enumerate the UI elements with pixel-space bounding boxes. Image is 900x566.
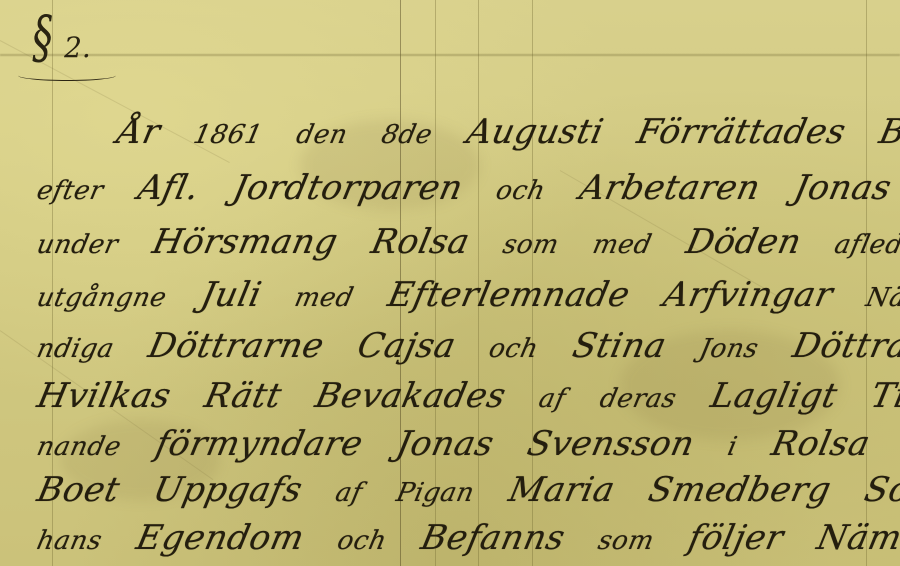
word: med bbox=[292, 283, 357, 313]
word: Juli bbox=[197, 275, 265, 315]
word: Afl. bbox=[134, 168, 203, 208]
word: Jons bbox=[697, 334, 762, 364]
word: af bbox=[333, 478, 366, 508]
word: 1861 bbox=[191, 120, 266, 150]
word: Stina bbox=[569, 326, 670, 366]
section-underline bbox=[18, 70, 116, 81]
word: af bbox=[536, 384, 569, 414]
handwritten-line-4: utgångne Juli med Efterlemnade Arfvingar… bbox=[34, 275, 900, 315]
word: Hvilkas bbox=[34, 376, 175, 416]
word: Pigan bbox=[394, 478, 478, 508]
word: Rolsa bbox=[768, 424, 874, 464]
word: Uppgafs bbox=[150, 470, 306, 510]
word: ndiga bbox=[34, 334, 117, 364]
handwritten-line-7: nande förmyndare Jonas Svensson i Rolsa … bbox=[34, 424, 900, 464]
word: och bbox=[335, 526, 390, 556]
word: Jonas bbox=[790, 168, 895, 208]
section-number: § 2. bbox=[28, 8, 91, 66]
word: Maria bbox=[505, 470, 618, 510]
handwritten-line-5: ndiga Döttrarne Cajsa och Stina Jons Döt… bbox=[34, 326, 900, 366]
word: Tillförordn bbox=[867, 376, 900, 416]
word: utgångne bbox=[34, 283, 169, 313]
word: förmyndare bbox=[152, 424, 367, 464]
ruled-header-line bbox=[0, 54, 900, 56]
word: som bbox=[500, 230, 562, 260]
word: Egendom bbox=[133, 518, 308, 558]
word: Bouppteckning bbox=[876, 112, 900, 152]
word: Arbetaren bbox=[576, 168, 764, 208]
word: Döttrarne bbox=[145, 326, 328, 366]
word: afled bbox=[832, 230, 900, 260]
handwritten-line-9: hans Egendom och Befanns som följer Näml… bbox=[34, 518, 900, 558]
handwritten-line-6: Hvilkas Rätt Bevakades af deras Lagligt … bbox=[34, 376, 900, 416]
word: efter bbox=[34, 176, 106, 206]
word: Nämligen bbox=[813, 518, 900, 558]
word: Döttrar bbox=[789, 326, 900, 366]
word: Nämlt bbox=[863, 283, 900, 313]
word: Hörsmang bbox=[149, 222, 342, 262]
word: 8de bbox=[379, 120, 435, 150]
word: som bbox=[595, 526, 657, 556]
document-page: § 2. År 1861 den 8de Augusti Förrättades… bbox=[0, 0, 900, 566]
word: Förrättades bbox=[634, 112, 850, 152]
word: Jonas bbox=[393, 424, 498, 464]
handwritten-line-1: År 1861 den 8de Augusti Förrättades Boup… bbox=[114, 112, 900, 152]
word: följer bbox=[685, 518, 787, 558]
word: i bbox=[725, 432, 740, 462]
word: Cajsa bbox=[354, 326, 460, 366]
word: Som bbox=[861, 470, 900, 510]
word: med bbox=[590, 230, 655, 260]
word: Svensson bbox=[524, 424, 698, 464]
word: Arfvingar bbox=[660, 275, 837, 315]
word: under bbox=[34, 230, 121, 260]
word: Rolsa bbox=[368, 222, 474, 262]
word: och bbox=[493, 176, 548, 206]
word: Jordtorparen bbox=[229, 168, 466, 208]
word: deras bbox=[597, 384, 679, 414]
word: hans bbox=[34, 526, 105, 556]
word: Rätt bbox=[201, 376, 285, 416]
section-symbol: § bbox=[32, 8, 52, 66]
word: Boet bbox=[34, 470, 124, 510]
word: Döden bbox=[683, 222, 806, 262]
handwritten-line-2: efter Afl. Jordtorparen och Arbetaren Jo… bbox=[34, 168, 900, 208]
word: Lagligt bbox=[707, 376, 841, 416]
word: nande bbox=[34, 432, 124, 462]
word: och bbox=[486, 334, 541, 364]
handwritten-line-3: under Hörsmang Rolsa som med Döden afled… bbox=[34, 222, 900, 262]
word: Befanns bbox=[417, 518, 568, 558]
section-number-value: 2. bbox=[64, 31, 91, 64]
word: den bbox=[294, 120, 351, 150]
handwritten-line-8: Boet Uppgafs af Pigan Maria Smedberg Som… bbox=[34, 470, 900, 510]
word: Augusti bbox=[463, 112, 607, 152]
word: År bbox=[114, 112, 164, 152]
word: Smedberg bbox=[645, 470, 835, 510]
word: Bevakades bbox=[312, 376, 510, 416]
word: Efterlemnade bbox=[384, 275, 633, 315]
